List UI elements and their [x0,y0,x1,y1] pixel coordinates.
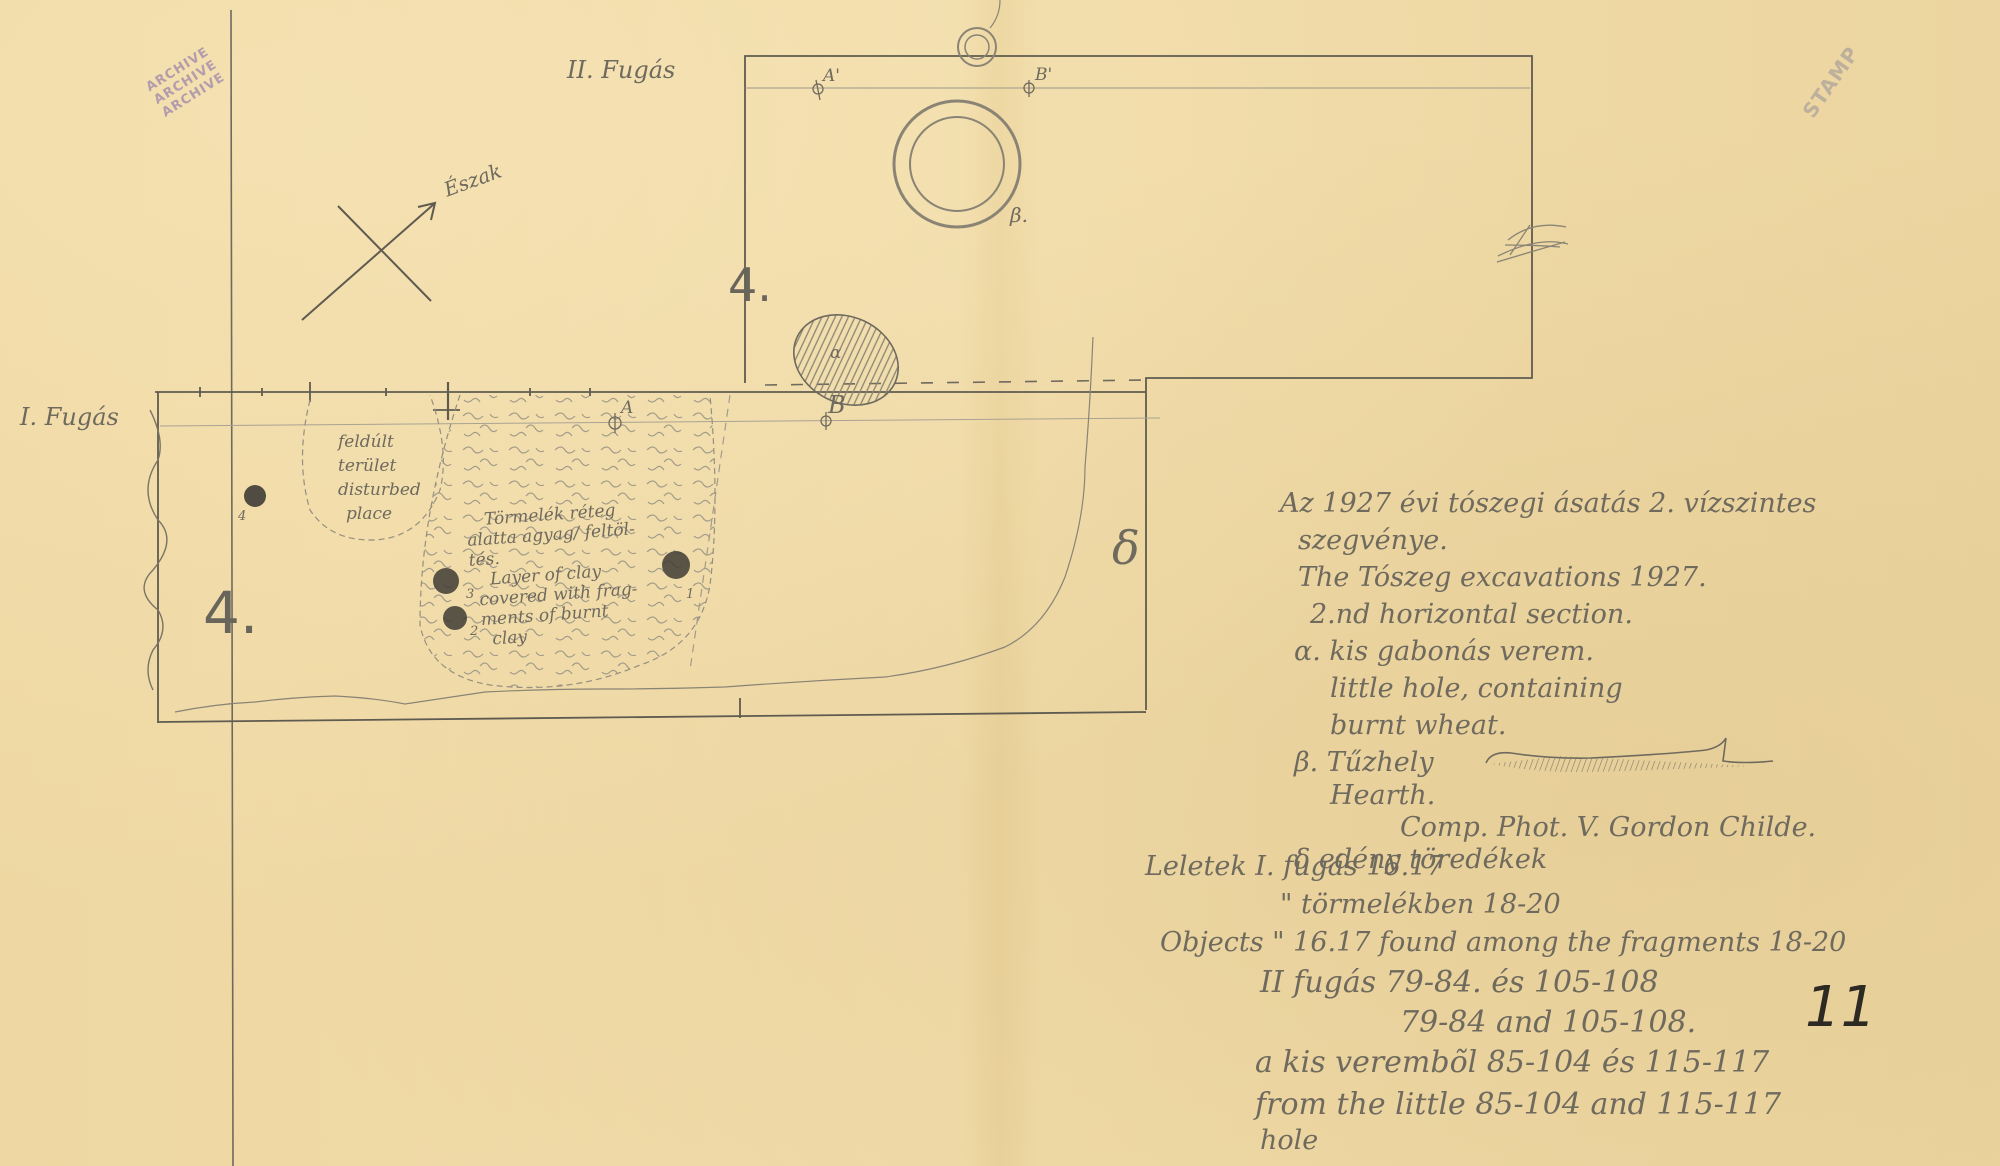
finds-line: 79-84 and 105-108. [1145,1004,1846,1042]
marker-B-prime: B' [1035,67,1052,84]
post-hole-1 [662,551,690,579]
finds-line: " törmelékben 18-20 [1145,886,1846,924]
disturbed-place-annotation: feldúlt terület disturbed place [338,430,421,526]
finds-line: II fugás 79-84. és 105-108 [1145,962,1846,1004]
grain-pit-alpha [779,298,913,422]
post-hole-4 [244,485,266,507]
post-hole-3 [433,568,459,594]
post-hole-2 [443,606,467,630]
finds-line: a kis verembõl 85-104 és 115-117 [1145,1042,1846,1084]
marker-alpha: α [830,345,841,362]
section-number-lower: 4. [203,584,258,642]
legend-title-en: The Tószeg excavations 1927. [1280,559,1816,596]
marker-A-prime: A' [823,68,840,85]
north-arrow [302,203,435,320]
legend-beta-en: Hearth. [1280,781,1816,811]
clay-layer-annotation: Törmelék réteg alatta agyag/ feltöl- tés… [465,499,642,650]
document-sheet: ARCHIVEARCHIVEARCHIVE STAMP [0,0,2000,1166]
marker-delta: δ [1112,525,1140,571]
hearth-beta [894,0,1020,227]
finds-line: from the little 85-104 and 115-117 [1145,1084,1846,1126]
marker-beta: β. [1010,205,1028,225]
legend-title-hu: Az 1927 évi tószegi ásatás 2. vízszintes [1280,485,1816,522]
legend-photo-credit: Comp. Phot. V. Gordon Childe. [1280,811,1816,845]
marker-A: A [621,400,633,417]
trench-1-label: I. Fugás [20,405,119,429]
legend-alpha-hu: α. kis gabonás verem. [1280,633,1816,670]
section-number-upper: 4. [728,262,772,308]
page-number: 11 [1805,975,1876,1040]
trench-2-label: II. Fugás [567,58,675,82]
post-hole-4-label: 4 [238,510,246,523]
wavy-edge-left [144,410,167,690]
post-hole-1-label: 1 [686,588,694,601]
legend-block: Az 1927 évi tószegi ásatás 2. vízszintes… [1280,485,1816,875]
finds-list: Leletek I. fugás 16.17 " törmelékben 18-… [1145,848,1846,1156]
finds-line: Objects " 16.17 found among the fragment… [1145,924,1846,962]
legend-beta-hu: β. Tűzhely [1280,744,1816,781]
finds-line: Leletek I. fugás 16.17 [1145,848,1846,886]
legend-alpha-en: little hole, containing [1280,670,1816,707]
marker-B: B [828,393,846,417]
finds-line: hole [1145,1126,1846,1156]
